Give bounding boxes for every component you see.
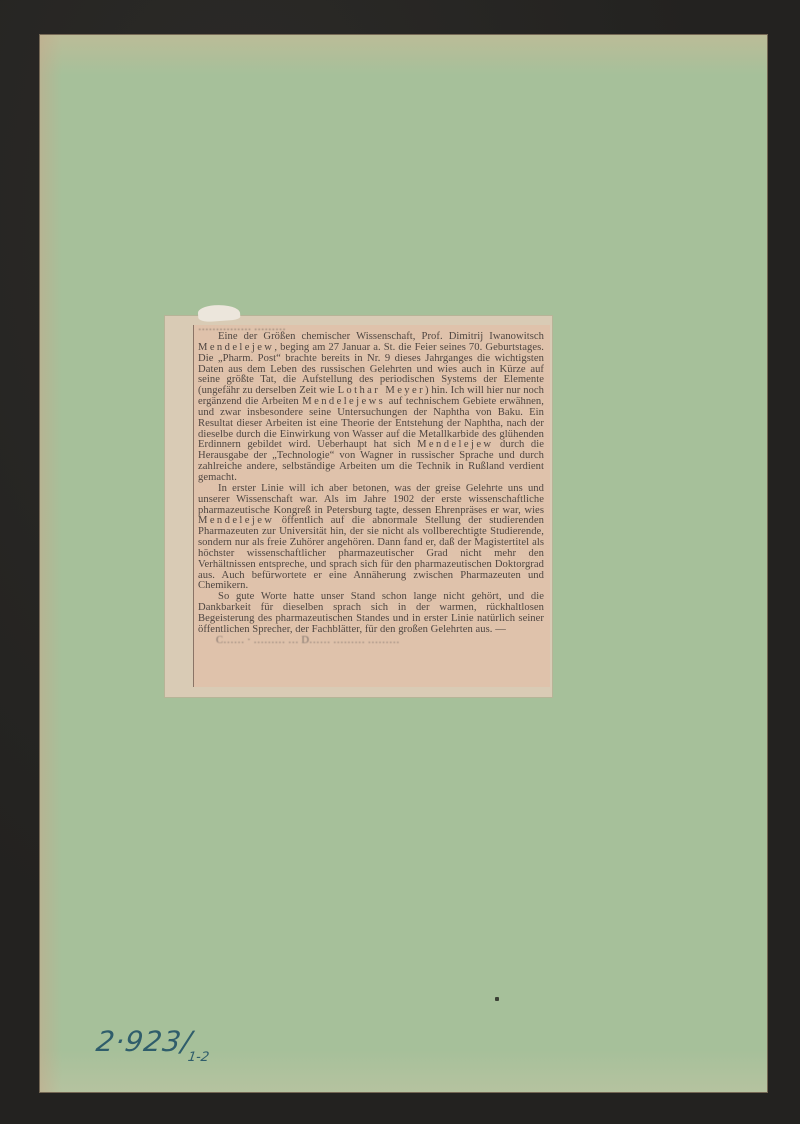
clipping-top-fragment: …………… ……… (198, 325, 544, 332)
torn-paper-fragment (197, 304, 240, 323)
text-segment: öffentlich auf die abnormale Stellung de… (198, 515, 544, 591)
clipping-paragraph-2: In erster Linie will ich aber betonen, w… (198, 484, 544, 592)
archival-sheet: …………… ……… Eine der Größen chemischer Wis… (40, 35, 767, 1092)
clipping-paragraph-3: So gute Worte hatte unser Stand schon la… (198, 592, 544, 635)
archive-number-sub: 1-2 (187, 1050, 210, 1065)
clipping-paragraph-1: Eine der Größen chemischer Wissenschaft,… (198, 332, 544, 484)
text-segment: So gute Worte hatte unser Stand schon la… (198, 591, 544, 635)
name-mendelejew: Mendelejew (198, 515, 274, 526)
clipping-text: …………… ……… Eine der Größen chemischer Wis… (198, 325, 544, 645)
name-lothar-meyer: Lothar Meyer (338, 385, 425, 396)
clipping-bottom-fragment: C…… · ……… … D…… ……… ……… (198, 636, 544, 645)
newspaper-clipping: …………… ……… Eine der Größen chemischer Wis… (193, 325, 550, 687)
name-mendelejew: Mendelejew (198, 342, 274, 353)
archive-number-main: 2·923/ (94, 1025, 194, 1058)
name-mendelejews: Mendelejews (302, 396, 385, 407)
scan-background: …………… ……… Eine der Größen chemischer Wis… (0, 0, 800, 1124)
text-segment: Eine der Größen chemischer Wissenschaft,… (218, 331, 544, 342)
text-segment: In erster Linie will ich aber betonen, w… (198, 483, 544, 516)
handwritten-archive-number: 2·923/1-2 (93, 1025, 213, 1065)
ink-speck (495, 997, 499, 1001)
name-mendelejew: Mendelejew (417, 439, 493, 450)
